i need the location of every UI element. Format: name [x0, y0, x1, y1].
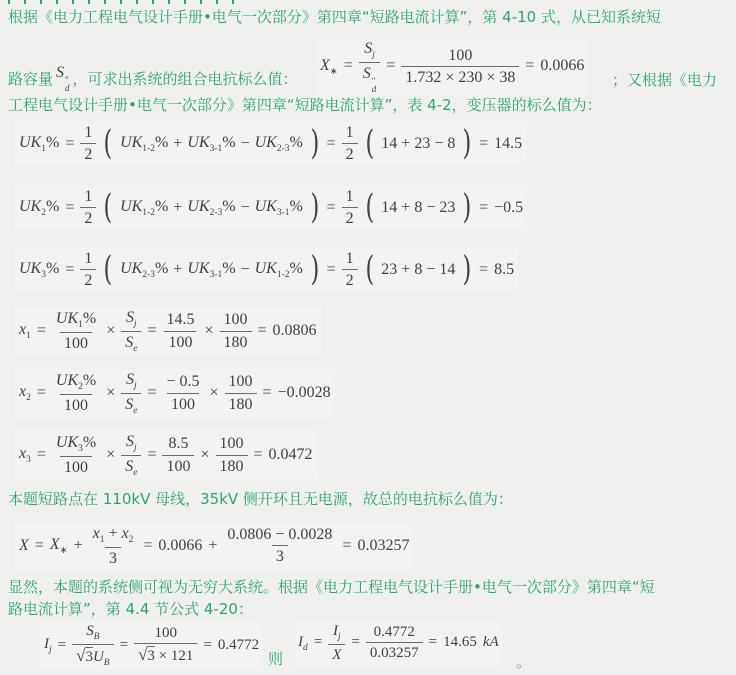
denominator: 3 [105, 547, 121, 568]
result-value: 0.03257 [357, 536, 409, 556]
formula-x2: x2 = UK2% 100 × Sj Se = − 0.5100 × 10018… [15, 369, 335, 417]
open-paren: ( [104, 127, 113, 161]
equals-sign: = [143, 536, 152, 556]
paragraph-3: 工程电气设计手册•电气一次部分》第四章“短路电流计算”，表 4-2，变压器的标么… [8, 95, 602, 115]
close-paren: ) [310, 127, 319, 161]
lhs-uk-term: UK3% [19, 259, 59, 281]
equals-sign: = [344, 56, 353, 76]
numerator: UK1% [52, 309, 100, 332]
lhs-uk-term: UK2% [19, 197, 59, 219]
lhs-variable: Id [298, 633, 308, 654]
equals-sign: = [342, 536, 351, 556]
equals-sign: = [120, 636, 128, 655]
fraction: 100 √3 × 121 [134, 624, 197, 665]
equals-sign: = [258, 321, 267, 341]
numerator: x1 + x2 [89, 524, 138, 547]
numerator: UK3% [52, 433, 100, 456]
numerator: Sj [122, 370, 141, 393]
paragraph-2-before: 路容量 [8, 68, 53, 89]
fraction: UK2% 100 [52, 371, 100, 415]
equals-sign: = [314, 633, 322, 652]
denominator: 1.732 × 230 × 38 [401, 66, 519, 87]
uk-sum: UK2-3% + UK3-1% − UK1-2% [120, 259, 303, 281]
numerator: Sj [122, 432, 141, 455]
paragraph-2-after: ，可求出系统的组合电抗标么值： [73, 68, 298, 89]
open-paren: ( [365, 191, 374, 225]
result-value: 0.0806 [273, 321, 317, 341]
fraction: − 0.5100 [162, 372, 203, 413]
result-value: 14.65 [443, 633, 477, 652]
equals-sign: = [65, 134, 74, 154]
open-paren: ( [104, 191, 113, 225]
equals-sign: = [37, 445, 46, 465]
numerator: Sj [360, 39, 379, 62]
fraction: Ij X [328, 622, 345, 664]
denominator: 3 [272, 545, 288, 566]
numerator: UK2% [52, 371, 100, 394]
plus-sign: + [74, 536, 83, 556]
fraction: Sj Se [121, 308, 141, 354]
fraction: 100 1.732 × 230 × 38 [401, 46, 519, 87]
times-sign: × [106, 321, 115, 341]
lhs-uk-term: UK1% [19, 133, 59, 155]
numerator: Sj [122, 308, 141, 331]
equals-sign: = [386, 56, 395, 76]
lhs-variable: X∗ [320, 56, 338, 78]
fraction-half: 12 [342, 123, 358, 164]
equals-sign: = [254, 445, 263, 465]
paragraph-2-left: 路容量 S″d ，可求出系统的组合电抗标么值： [8, 64, 298, 93]
equals-sign: = [479, 260, 488, 280]
times-sign: × [204, 321, 213, 341]
sup-sub-stack: ″d [65, 76, 70, 93]
uk-sum: UK1-2% + UK2-3% − UK3-1% [120, 197, 303, 219]
value: 0.0066 [158, 536, 202, 556]
denominator: Se [121, 331, 141, 355]
clipped-line-fragment [8, 0, 238, 4]
fraction-half: 12 [80, 123, 96, 164]
lhs-variable: x2 [19, 382, 31, 404]
lhs-variable: x3 [19, 444, 31, 466]
times-sign: × [210, 383, 219, 403]
numerator: Ij [329, 622, 345, 644]
equals-sign: = [429, 633, 437, 652]
denominator: Se [121, 393, 141, 417]
equals-sign: = [479, 198, 488, 218]
fraction: 8.5100 [162, 434, 194, 475]
fraction: SB √3UB [72, 622, 114, 668]
denominator: 100 [60, 332, 92, 353]
final-period: 。 [516, 652, 531, 672]
fraction: 100180 [216, 434, 248, 475]
times-sign: × [106, 445, 115, 465]
result-value: 0.4772 [218, 636, 259, 655]
denominator: 100 [60, 394, 92, 415]
result-value: 0.0472 [269, 445, 313, 465]
lhs-variable: Ij [44, 635, 52, 656]
formula-uk1: UK1% = 12 ( UK1-2% + UK3-1% − UK2-3% ) =… [15, 122, 526, 165]
numerator: SB [82, 622, 103, 644]
fraction: 0.4772 0.03257 [366, 623, 423, 662]
fraction: UK3% 100 [52, 433, 100, 477]
denominator: X [328, 644, 345, 664]
close-paren: ) [310, 253, 319, 287]
document-page: 根据《电力工程电气设计手册•电气一次部分》第四章“短路电流计算”，第 4-10 … [0, 0, 736, 675]
paragraph-5-line1: 显然，本题的系统侧可视为无穷大系统。根据《电力工程电气设计手册•电气一次部分》第… [8, 577, 655, 597]
times-sign: × [200, 445, 209, 465]
equals-sign: = [147, 321, 156, 341]
equals-sign: = [37, 321, 46, 341]
equals-sign: = [37, 383, 46, 403]
numerator: 0.4772 [370, 623, 419, 642]
fraction: x1 + x2 3 [89, 524, 138, 568]
equals-sign: = [147, 445, 156, 465]
paragraph-4: 本题短路点在 110kV 母线，35kV 侧开环且无电源，故总的电抗标么值为： [8, 489, 513, 509]
fraction: Sj Se [121, 432, 141, 478]
fraction: 100180 [225, 372, 257, 413]
paragraph-2-tail: ；又根据《电力 [612, 70, 717, 90]
x-star-term: X∗ [50, 535, 68, 557]
formula-x-star: X∗ = Sj S″d = 100 1.732 × 230 × 38 = 0.0… [316, 38, 588, 95]
unit-label: kA [483, 633, 499, 652]
close-paren: ) [310, 191, 319, 225]
numerator: 100 [444, 46, 476, 66]
denominator: 100 [60, 456, 92, 477]
equals-sign: = [351, 633, 359, 652]
equals-sign: = [35, 536, 44, 556]
plus-sign: + [173, 198, 182, 218]
fraction-half: 12 [80, 187, 96, 228]
equals-sign: = [65, 198, 74, 218]
result-value: 14.5 [494, 134, 522, 154]
denominator: 0.03257 [366, 642, 423, 662]
fraction-half: 12 [80, 249, 96, 290]
fraction: UK1% 100 [52, 309, 100, 353]
fraction: 100180 [220, 310, 252, 351]
equals-sign: = [147, 383, 156, 403]
equals-sign: = [327, 198, 336, 218]
result-value: 0.0066 [540, 56, 584, 76]
equals-sign: = [263, 383, 272, 403]
uk-sum: UK1-2% + UK3-1% − UK2-3% [120, 133, 303, 155]
numerator: 0.0806 − 0.0028 [223, 525, 336, 545]
close-paren: ) [463, 253, 472, 287]
formula-x1: x1 = UK1% 100 × Sj Se = 14.5100 × 100180… [15, 307, 321, 355]
formula-ij: Ij = SB √3UB = 100 √3 × 121 = 0.4772 [40, 621, 263, 669]
equals-sign: = [203, 636, 211, 655]
plus-sign: + [173, 260, 182, 280]
numeric-expression: 14 + 8 − 23 [381, 198, 455, 218]
denominator: √3 × 121 [134, 643, 197, 665]
formula-id: Id = Ij X = 0.4772 0.03257 = 14.65 kA [294, 621, 503, 665]
times-sign: × [106, 383, 115, 403]
formula-uk2: UK2% = 12 ( UK1-2% + UK2-3% − UK3-1% ) =… [15, 186, 527, 229]
open-paren: ( [104, 253, 113, 287]
open-paren: ( [365, 127, 374, 161]
result-value: −0.0028 [278, 383, 331, 403]
formula-x-total: X = X∗ + x1 + x2 3 = 0.0066 + 0.0806 − 0… [15, 523, 413, 569]
numerator: 100 [150, 624, 181, 643]
equals-sign: = [58, 636, 66, 655]
fraction: 14.5100 [162, 310, 198, 351]
equals-sign: = [65, 260, 74, 280]
equals-sign: = [327, 134, 336, 154]
paragraph-1: 根据《电力工程电气设计手册•电气一次部分》第四章“短路电流计算”，第 4-10 … [8, 7, 661, 27]
denominator: S″d [359, 62, 381, 94]
minus-sign: − [241, 134, 250, 154]
minus-sign: − [241, 198, 250, 218]
lhs-variable: X [19, 536, 29, 556]
equals-sign: = [327, 260, 336, 280]
fraction: Sj S″d [359, 39, 381, 94]
fraction: Sj Se [121, 370, 141, 416]
fraction-half: 12 [342, 249, 358, 290]
paragraph-5-line2: 路电流计算”，第 4.4 节公式 4-20： [8, 599, 253, 619]
denominator: Se [121, 455, 141, 479]
lhs-variable: x1 [19, 320, 31, 342]
result-value: 8.5 [494, 260, 514, 280]
inline-sd-symbol: S″d [56, 64, 70, 93]
result-value: −0.5 [494, 198, 523, 218]
minus-sign: − [241, 260, 250, 280]
open-paren: ( [365, 253, 374, 287]
formula-x3: x3 = UK3% 100 × Sj Se = 8.5100 × 100180 … [15, 431, 317, 479]
equals-sign: = [525, 56, 534, 76]
equals-sign: = [479, 134, 488, 154]
numeric-expression: 14 + 23 − 8 [381, 134, 455, 154]
variable: S [56, 64, 64, 81]
plus-sign: + [208, 536, 217, 556]
close-paren: ) [463, 191, 472, 225]
numeric-expression: 23 + 8 − 14 [381, 260, 455, 280]
denominator: √3UB [72, 644, 114, 669]
fraction: 0.0806 − 0.0028 3 [223, 525, 336, 566]
close-paren: ) [463, 127, 472, 161]
formula-uk3: UK3% = 12 ( UK2-3% + UK3-1% − UK1-2% ) =… [15, 248, 518, 291]
fraction-half: 12 [342, 187, 358, 228]
plus-sign: + [173, 134, 182, 154]
then-label: 则 [268, 649, 283, 669]
